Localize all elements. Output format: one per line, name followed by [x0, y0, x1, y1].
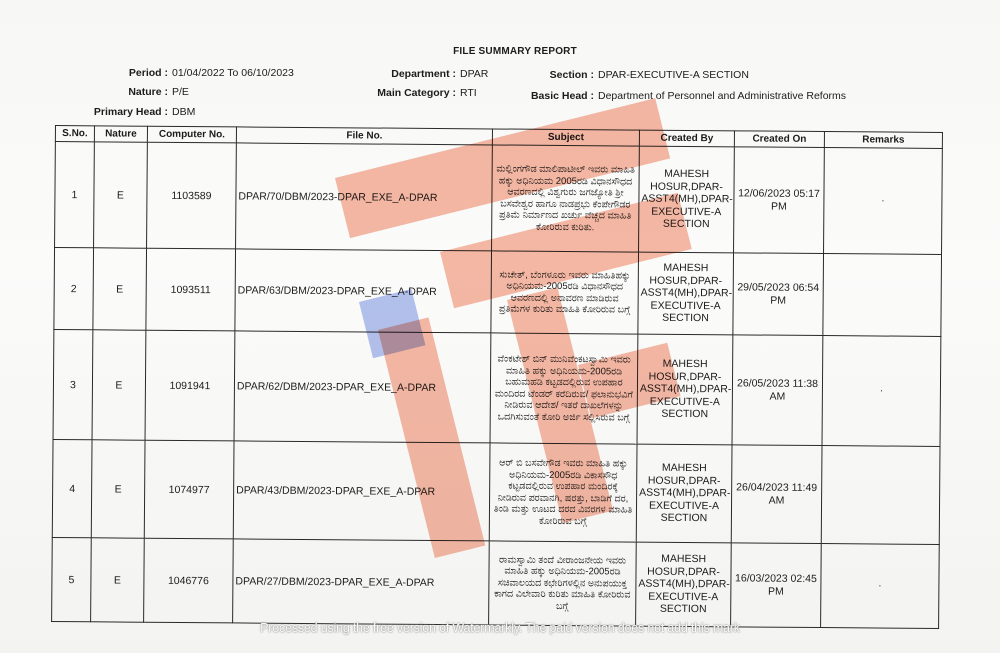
cell-created-on: 26/05/2023 11:38 AM	[732, 335, 823, 446]
cell-created-on: 29/05/2023 06:54 PM	[733, 253, 824, 336]
cell-nature: E	[91, 440, 145, 538]
cell-computer-no: 1046776	[144, 538, 234, 623]
basic-head-value: Department of Personnel and Administrati…	[598, 90, 846, 102]
cell-created-by: MAHESH HOSUR,DPAR-ASST4(MH),DPAR-EXECUTI…	[639, 146, 735, 253]
report-title: FILE SUMMARY REPORT	[0, 46, 1000, 57]
cell-sno: 5	[52, 537, 92, 621]
watermark-notice: Processed using the free version of Wate…	[0, 621, 1000, 635]
cell-file-no: DPAR/27/DBM/2023-DPAR_EXE_A-DPAR	[233, 539, 490, 625]
cell-file-no: DPAR/63/DBM/2023-DPAR_EXE_A-DPAR	[235, 249, 492, 333]
primary-head-value: DBM	[172, 106, 195, 118]
cell-created-by: MAHESH HOSUR,DPAR-ASST4(MH),DPAR-EXECUTI…	[636, 444, 732, 543]
nature-value: P/E	[172, 86, 189, 98]
cell-created-on: 12/06/2023 05:17 PM	[734, 147, 825, 254]
cell-remarks	[823, 254, 942, 337]
nature-label: Nature :	[88, 86, 168, 98]
cell-remarks: ·	[821, 544, 940, 629]
primary-head-label: Primary Head :	[68, 106, 168, 118]
period-field: Period :01/04/2022 To 06/10/2023	[88, 67, 294, 79]
basic-head-label: Basic Head :	[520, 90, 594, 102]
cell-subject: ವೆಂಕಟೇಶ್ ಬಿನ್ ಮುನಿವೆಂಕಟಸ್ವಾಮಿ ಇವರು ಮಾಹಿತ…	[490, 333, 638, 444]
period-value: 01/04/2022 To 06/10/2023	[172, 67, 294, 79]
nature-field: Nature :P/E	[88, 86, 189, 98]
cell-file-no: DPAR/62/DBM/2023-DPAR_EXE_A-DPAR	[234, 331, 491, 443]
header-remarks: Remarks	[824, 132, 942, 149]
cell-computer-no: 1074977	[144, 440, 234, 539]
cell-remarks: ·	[824, 148, 943, 255]
header-sno: S.No.	[55, 126, 94, 142]
cell-created-on: 26/04/2023 11:49 AM	[731, 445, 822, 544]
cell-remarks	[821, 446, 940, 545]
cell-created-by: MAHESH HOSUR,DPAR-ASST4(MH),DPAR-EXECUTI…	[636, 542, 732, 627]
table-row: 1 E 1103589 DPAR/70/DBM/2023-DPAR_EXE_A-…	[55, 142, 943, 255]
cell-sno: 2	[54, 248, 94, 330]
cell-remarks: ·	[822, 336, 941, 447]
cell-subject: ರಾಮಸ್ವಾಮಿ ತಂದೆ ವೀರಾಂಜನೇಯ ಇವರು ಮಾಹಿತಿ ಹಕ್…	[489, 541, 637, 626]
cell-computer-no: 1091941	[145, 330, 235, 441]
department-label: Department :	[360, 68, 456, 80]
department-field: Department :DPAR	[360, 68, 488, 80]
section-field: Section :DPAR-EXECUTIVE-A SECTION	[520, 69, 749, 81]
department-value: DPAR	[460, 68, 488, 80]
header-nature: Nature	[94, 126, 147, 142]
table-row: 3 E 1091941 DPAR/62/DBM/2023-DPAR_EXE_A-…	[53, 329, 941, 446]
cell-subject: ಆರ್ ಬಿ ಬಸವೇಗೌಡ ಇವರು ಮಾಹಿತಿ ಹಕ್ಕು ಅಧಿನಿಯಮ…	[489, 443, 637, 542]
cell-sno: 1	[55, 142, 95, 248]
cell-computer-no: 1103589	[147, 142, 237, 249]
cell-nature: E	[92, 330, 146, 440]
period-label: Period :	[88, 67, 168, 79]
file-summary-table: S.No. Nature Computer No. File No. Subje…	[51, 125, 943, 629]
cell-sno: 3	[53, 329, 93, 439]
primary-head-field: Primary Head :DBM	[68, 106, 195, 118]
cell-nature: E	[91, 538, 145, 622]
table-row: 2 E 1093511 DPAR/63/DBM/2023-DPAR_EXE_A-…	[54, 248, 942, 337]
table-row: 5 E 1046776 DPAR/27/DBM/2023-DPAR_EXE_A-…	[52, 537, 940, 628]
header-subject: Subject	[492, 129, 639, 146]
header-file-no: File No.	[236, 127, 492, 145]
cell-created-by: MAHESH HOSUR,DPAR-ASST4(MH),DPAR-EXECUTI…	[637, 334, 733, 445]
cell-nature: E	[93, 248, 147, 330]
basic-head-field: Basic Head :Department of Personnel and …	[520, 90, 846, 102]
main-category-field: Main Category :RTI	[360, 87, 477, 99]
cell-subject: ಸುಚೇತ್, ಬೆಂಗಳೂರು ಇವರು ಮಾಹಿತಿಹಕ್ಕು ಅಧಿನಿಯ…	[491, 251, 639, 334]
header-computer-no: Computer No.	[147, 126, 236, 143]
cell-nature: E	[94, 142, 148, 248]
cell-file-no: DPAR/43/DBM/2023-DPAR_EXE_A-DPAR	[233, 441, 490, 541]
cell-file-no: DPAR/70/DBM/2023-DPAR_EXE_A-DPAR	[236, 143, 493, 251]
cell-subject: ಮಲ್ಲಿಂಗಗೌಡ ಮಾಲಿಪಾಟೀಲ್ ಇವರು ಮಾಹಿತಿ ಹಕ್ಕು …	[492, 145, 640, 252]
main-category-label: Main Category :	[360, 87, 456, 99]
header-created-on: Created On	[734, 131, 824, 148]
header-created-by: Created By	[639, 130, 734, 147]
section-label: Section :	[520, 69, 594, 81]
cell-computer-no: 1093511	[146, 248, 236, 331]
cell-created-on: 16/03/2023 02:45 PM	[731, 543, 822, 628]
table-row: 4 E 1074977 DPAR/43/DBM/2023-DPAR_EXE_A-…	[52, 439, 940, 544]
cell-sno: 4	[52, 439, 92, 537]
main-category-value: RTI	[460, 87, 477, 99]
section-value: DPAR-EXECUTIVE-A SECTION	[598, 69, 749, 81]
document-page: FILE SUMMARY REPORT Period :01/04/2022 T…	[0, 0, 1000, 653]
cell-created-by: MAHESH HOSUR,DPAR-ASST4(MH),DPAR-EXECUTI…	[638, 252, 734, 335]
